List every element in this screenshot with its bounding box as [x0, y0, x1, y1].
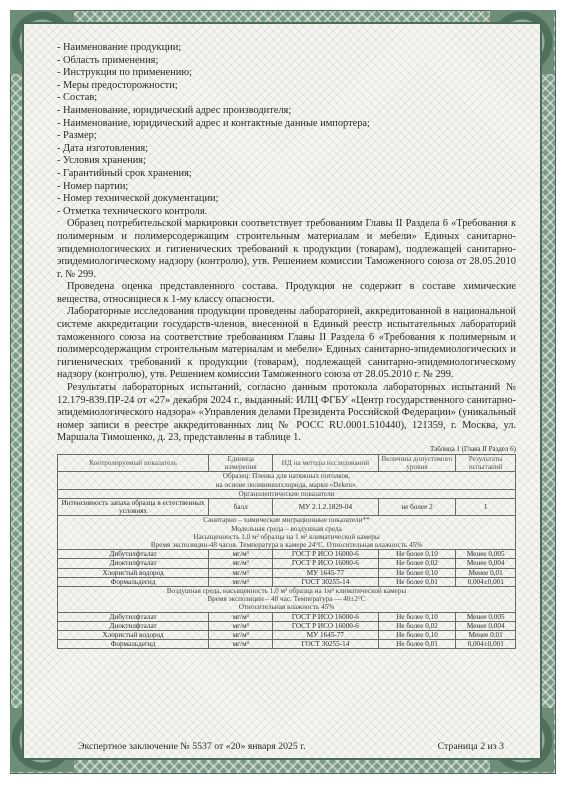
cell-limit: Не более 0,10	[378, 550, 456, 559]
section-line: Насыщенность 1,0 м² образца на 1 м³ клим…	[60, 533, 513, 541]
cell-limit: Не более 0,02	[378, 559, 456, 568]
cell-unit: мг/м³	[209, 559, 273, 568]
cell-unit: мг/м³	[209, 577, 273, 586]
list-item: - Область применения;	[57, 55, 516, 68]
cell-method: ГОСТ Р ИСО 16000-6	[273, 550, 378, 559]
cell-indicator: Формальдегид	[58, 640, 209, 649]
cell-result: 0,004±0,001	[456, 577, 516, 586]
cell-unit: мг/м³	[209, 621, 273, 630]
list-item: - Наименование, юридический адрес и конт…	[57, 118, 516, 131]
cell-indicator: Интенсивность запаха образца в естествен…	[58, 499, 209, 516]
list-item: - Дата изготовления;	[57, 143, 516, 156]
sample-line: на основе поливинилхлорида, марки «Deken…	[60, 481, 513, 489]
section-line: Санитарно – химические миграционные пока…	[60, 516, 513, 524]
column-header: НД на методы исследований	[273, 455, 378, 472]
table-row: Формальдегидмг/м³ГОСТ 30255-14Не более 0…	[58, 640, 516, 649]
table-row: Диоктилфталатмг/м³ГОСТ Р ИСО 16000-6Не б…	[58, 621, 516, 630]
list-item: - Состав;	[57, 92, 516, 105]
list-item: - Меры предосторожности;	[57, 80, 516, 93]
cell-limit: Не более 0,01	[378, 577, 456, 586]
table-row: Формальдегидмг/м³ГОСТ 30255-14Не более 0…	[58, 577, 516, 586]
sample-line: Образец: Пленка для натяжных потолков,	[60, 472, 513, 480]
table-row: Дибутилфталатмг/м³ГОСТ Р ИСО 16000-6Не б…	[58, 612, 516, 621]
cell-method: МУ 2.1.2.1829-04	[273, 499, 378, 516]
column-header: Контролируемый показатель	[58, 455, 209, 472]
paragraph-lab-accreditation: Лабораторные исследования продукции пров…	[57, 306, 516, 382]
cell-limit: Не более 0,02	[378, 621, 456, 630]
cell-unit: мг/м³	[209, 612, 273, 621]
cell-unit: мг/м³	[209, 550, 273, 559]
section-row: Санитарно – химические миграционные пока…	[58, 516, 516, 550]
column-header: Результаты испытаний	[456, 455, 516, 472]
cell-method: ГОСТ 30255-14	[273, 577, 378, 586]
cell-unit: мг/м³	[209, 631, 273, 640]
section-line: Относительная влажность 45%	[60, 603, 513, 611]
table-row: Хлористый водородмг/м³МУ 1645-77Не более…	[58, 631, 516, 640]
cell-indicator: Хлористый водород	[58, 568, 209, 577]
cell-indicator: Формальдегид	[58, 577, 209, 586]
page-number: Страница 2 из 3	[438, 741, 504, 752]
cell-method: МУ 1645-77	[273, 631, 378, 640]
list-item: - Наименование продукции;	[57, 42, 516, 55]
document-body: - Наименование продукции; - Область прим…	[57, 42, 516, 649]
cell-limit: не более 2	[378, 499, 456, 516]
sample-description: Образец: Пленка для натяжных потолков, н…	[58, 472, 516, 489]
section-title-organoleptic: Органолептические показатели	[58, 489, 516, 498]
list-item: - Отметка технического контроля.	[57, 206, 516, 219]
cell-result: Менее 0,01	[456, 568, 516, 577]
section-line: Модельная среда – воздушная среда	[60, 525, 513, 533]
cell-unit: мг/м³	[209, 640, 273, 649]
cell-limit: Не более 0,10	[378, 631, 456, 640]
section-title-sanitary: Санитарно – химические миграционные пока…	[58, 516, 516, 550]
cell-result: Менее 0,01	[456, 631, 516, 640]
list-item: - Инструкция по применению;	[57, 67, 516, 80]
cell-result: 1	[456, 499, 516, 516]
paragraph-labeling-compliance: Образец потребительской маркировки соотв…	[57, 218, 516, 281]
list-item: - Наименование, юридический адрес произв…	[57, 105, 516, 118]
list-item: - Номер партии;	[57, 181, 516, 194]
cell-limit: Не более 0,01	[378, 640, 456, 649]
section-row: Органолептические показатели	[58, 489, 516, 498]
cell-result: Менее 0,005	[456, 612, 516, 621]
list-item: - Условия хранения;	[57, 155, 516, 168]
cell-result: Менее 0,005	[456, 550, 516, 559]
cell-result: Менее 0,004	[456, 621, 516, 630]
expert-conclusion-ref: Экспертное заключение № 5537 от «20» янв…	[78, 741, 306, 752]
section-line: Время экспозиции-48 часов. Температура в…	[60, 541, 513, 549]
cell-method: ГОСТ Р ИСО 16000-6	[273, 621, 378, 630]
cell-method: ГОСТ 30255-14	[273, 640, 378, 649]
list-item: - Размер;	[57, 130, 516, 143]
results-table: Контролируемый показатель Единица измере…	[57, 454, 516, 649]
section-line: Время экспозиции – 48 час. Температура —…	[60, 595, 513, 603]
section-row: Воздушная среда, насыщенность 1,0 м² обр…	[58, 587, 516, 613]
page-footer: Экспертное заключение № 5537 от «20» янв…	[78, 741, 504, 752]
cell-limit: Не более 0,10	[378, 568, 456, 577]
cell-result: 0,004±0,001	[456, 640, 516, 649]
cell-unit: балл	[209, 499, 273, 516]
paragraph-lab-results: Результаты лабораторных испытаний, согла…	[57, 382, 516, 445]
sample-row: Образец: Пленка для натяжных потолков, н…	[58, 472, 516, 489]
cell-limit: Не более 0,10	[378, 612, 456, 621]
cell-indicator: Хлористый водород	[58, 631, 209, 640]
cell-unit: мг/м³	[209, 568, 273, 577]
labeling-list: - Наименование продукции; - Область прим…	[57, 42, 516, 218]
list-item: - Номер технической документации;	[57, 193, 516, 206]
table-header-row: Контролируемый показатель Единица измере…	[58, 455, 516, 472]
column-header: Единица измерения	[209, 455, 273, 472]
cell-method: МУ 1645-77	[273, 568, 378, 577]
cell-indicator: Дибутилфталат	[58, 550, 209, 559]
table-row: Дибутилфталатмг/м³ГОСТ Р ИСО 16000-6Не б…	[58, 550, 516, 559]
table-row: Диоктилфталатмг/м³ГОСТ Р ИСО 16000-6Не б…	[58, 559, 516, 568]
section-title-air: Воздушная среда, насыщенность 1,0 м² обр…	[58, 587, 516, 613]
table-row: Интенсивность запаха образца в естествен…	[58, 499, 516, 516]
table-row: Хлористый водородмг/м³МУ 1645-77Не более…	[58, 568, 516, 577]
column-header: Величина допустимого уровня	[378, 455, 456, 472]
paragraph-composition-assessment: Проведена оценка представленного состава…	[57, 281, 516, 306]
cell-indicator: Дибутилфталат	[58, 612, 209, 621]
cell-indicator: Диоктилфталат	[58, 621, 209, 630]
table-caption: Таблица 1 (Глава II Раздел 6)	[57, 445, 516, 454]
cell-result: Менее 0,004	[456, 559, 516, 568]
list-item: - Гарантийный срок хранения;	[57, 168, 516, 181]
cell-method: ГОСТ Р ИСО 16000-6	[273, 612, 378, 621]
cell-indicator: Диоктилфталат	[58, 559, 209, 568]
cell-method: ГОСТ Р ИСО 16000-6	[273, 559, 378, 568]
section-line: Воздушная среда, насыщенность 1,0 м² обр…	[60, 587, 513, 595]
